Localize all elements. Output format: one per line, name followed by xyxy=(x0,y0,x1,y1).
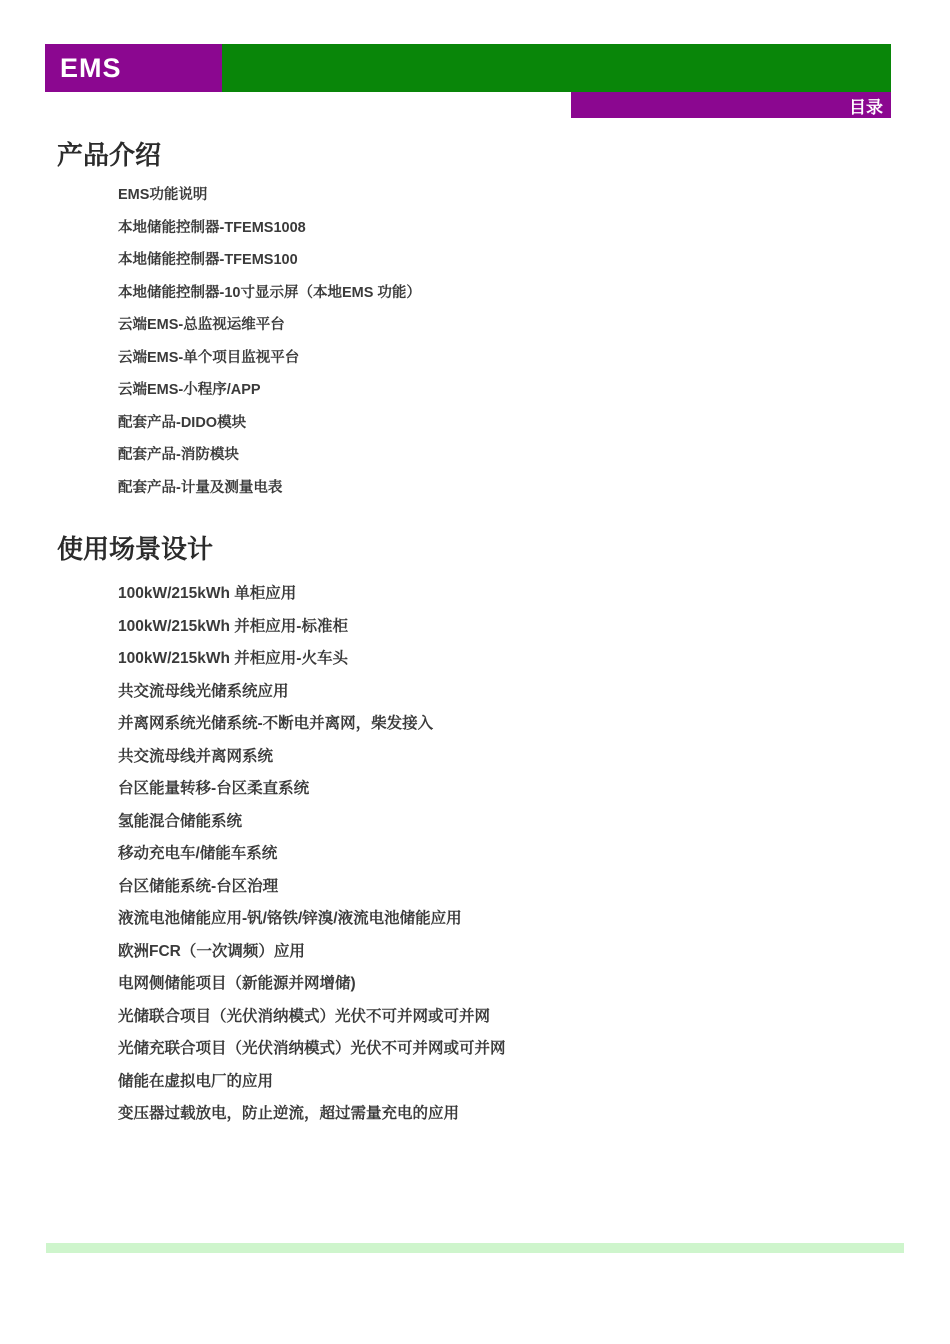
toc-list-use-cases: 100kW/215kWh 单柜应用 100kW/215kWh 并柜应用-标准柜 … xyxy=(0,584,950,1124)
toc-entry: 云端EMS-总监视运维平台 xyxy=(118,316,950,336)
section-title-use-cases: 使用场景设计 xyxy=(57,534,950,564)
ems-logo-text: EMS xyxy=(60,53,122,84)
toc-entry: 移动充电车/储能车系统 xyxy=(118,844,950,864)
section-title-product-intro: 产品介绍 xyxy=(57,140,950,170)
toc-entry: 光储充联合项目（光伏消纳模式）光伏不可并网或可并网 xyxy=(118,1039,950,1059)
toc-entry: 配套产品-DIDO模块 xyxy=(118,414,950,434)
toc-entry: 储能在虚拟电厂的应用 xyxy=(118,1072,950,1092)
toc-entry: 本地储能控制器-10寸显示屏（本地EMS 功能） xyxy=(118,284,950,304)
toc-list-product-intro: EMS功能说明 本地储能控制器-TFEMS1008 本地储能控制器-TFEMS1… xyxy=(0,186,950,498)
toc-entry: 配套产品-消防模块 xyxy=(118,446,950,466)
footer-green-bar xyxy=(46,1243,904,1253)
toc-entry: 光储联合项目（光伏消纳模式）光伏不可并网或可并网 xyxy=(118,1007,950,1027)
toc-entry: 100kW/215kWh 单柜应用 xyxy=(118,584,950,604)
toc-title-bar: 目录 xyxy=(571,92,891,118)
toc-entry: 氢能混合储能系统 xyxy=(118,812,950,832)
toc-entry: 本地储能控制器-TFEMS1008 xyxy=(118,219,950,239)
toc-title-label: 目录 xyxy=(849,93,883,118)
toc-entry: 配套产品-计量及测量电表 xyxy=(118,479,950,499)
toc-entry: 欧洲FCR（一次调频）应用 xyxy=(118,942,950,962)
toc-entry: 100kW/215kWh 并柜应用-火车头 xyxy=(118,649,950,669)
toc-entry: 变压器过载放电，防止逆流，超过需量充电的应用 xyxy=(118,1104,950,1124)
toc-entry: EMS功能说明 xyxy=(118,186,950,206)
toc-entry: 100kW/215kWh 并柜应用-标准柜 xyxy=(118,617,950,637)
toc-entry: 本地储能控制器-TFEMS100 xyxy=(118,251,950,271)
toc-content: 产品介绍 EMS功能说明 本地储能控制器-TFEMS1008 本地储能控制器-T… xyxy=(0,140,950,1137)
header-green-bar xyxy=(222,44,891,92)
toc-entry: 台区储能系统-台区治理 xyxy=(118,877,950,897)
toc-entry: 共交流母线并离网系统 xyxy=(118,747,950,767)
toc-entry: 云端EMS-单个项目监视平台 xyxy=(118,349,950,369)
toc-entry: 台区能量转移-台区柔直系统 xyxy=(118,779,950,799)
toc-page: EMS 目录 产品介绍 EMS功能说明 本地储能控制器-TFEMS1008 本地… xyxy=(0,0,950,1344)
ems-logo-box: EMS xyxy=(45,44,222,92)
toc-entry: 液流电池储能应用-钒/铬铁/锌溴/液流电池储能应用 xyxy=(118,909,950,929)
toc-entry: 云端EMS-小程序/APP xyxy=(118,381,950,401)
toc-entry: 共交流母线光储系统应用 xyxy=(118,682,950,702)
page-header: EMS xyxy=(45,44,891,92)
toc-entry: 并离网系统光储系统-不断电并离网，柴发接入 xyxy=(118,714,950,734)
toc-entry: 电网侧储能项目（新能源并网增储) xyxy=(118,974,950,994)
